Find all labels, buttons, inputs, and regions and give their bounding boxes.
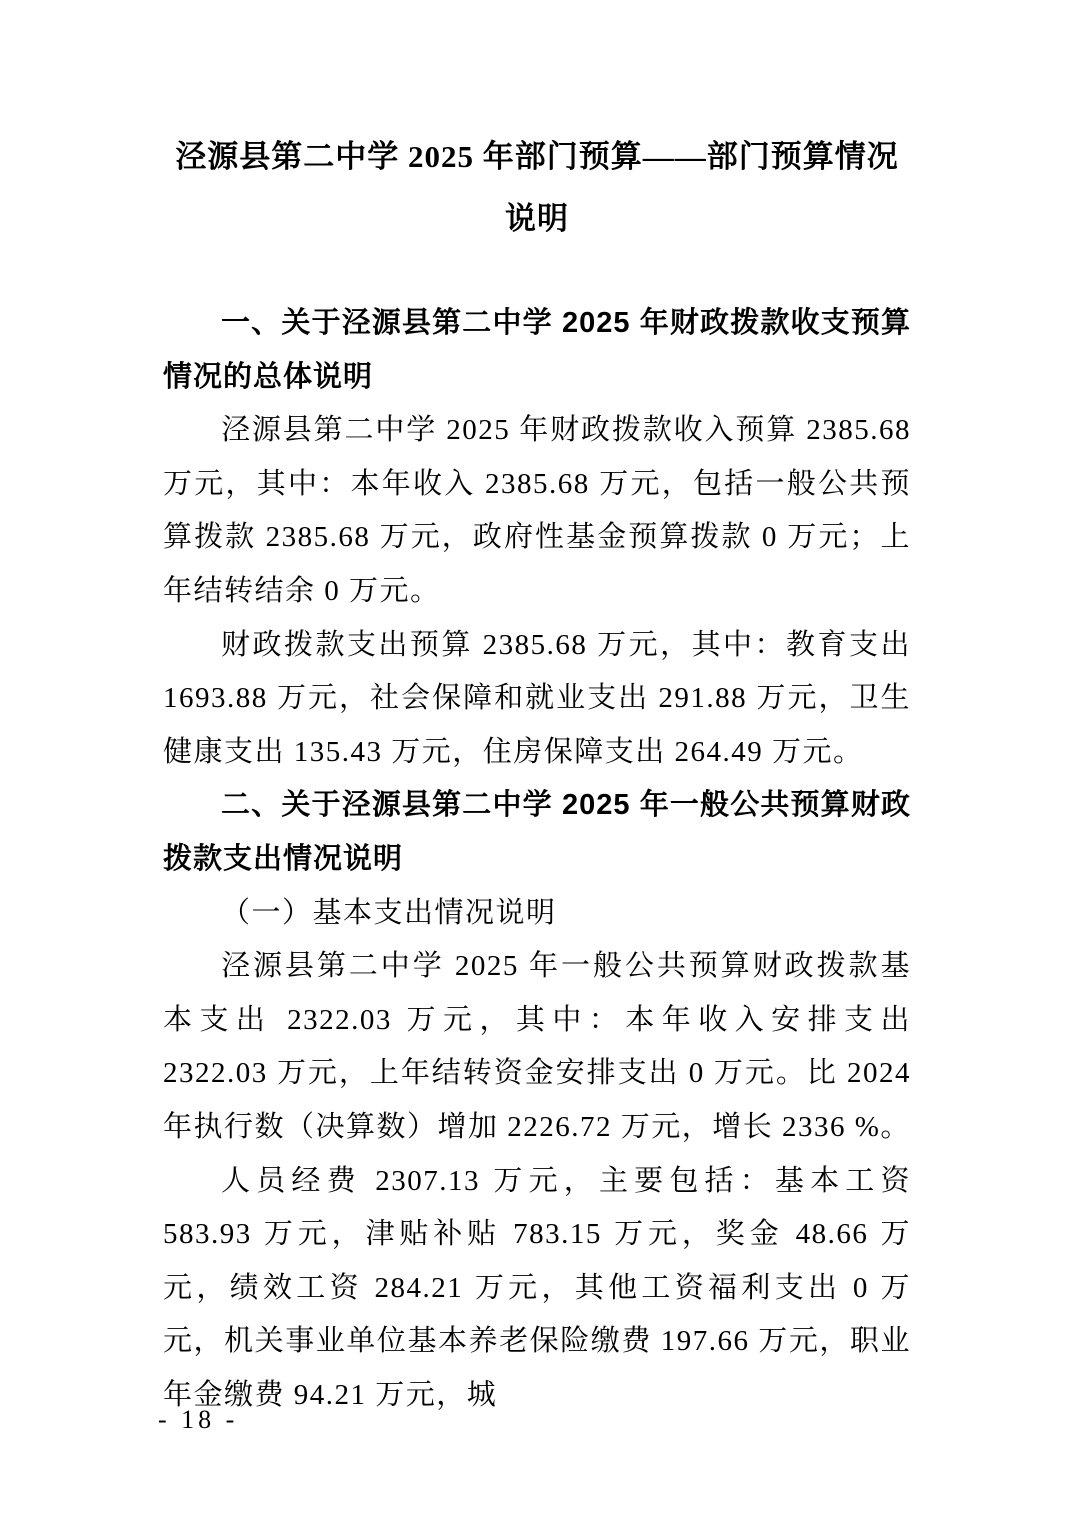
document-title-line-1: 泾源县第二中学 2025 年部门预算——部门预算情况 bbox=[163, 126, 911, 188]
sub-heading-basic-expenditure: （一）基本支出情况说明 bbox=[163, 887, 911, 941]
paragraph-fiscal-expenditure: 财政拨款支出预算 2385.68 万元，其中：教育支出 1693.88 万元，社… bbox=[163, 619, 911, 780]
page-number: - 18 - bbox=[158, 1405, 238, 1435]
document-title-line-2: 说明 bbox=[163, 188, 911, 250]
paragraph-fiscal-income: 泾源县第二中学 2025 年财政拨款收入预算 2385.68 万元，其中：本年收… bbox=[163, 404, 911, 618]
document-body: 一、关于泾源县第二中学 2025 年财政拨款收支预算情况的总体说明 泾源县第二中… bbox=[163, 297, 911, 1422]
section-heading-1: 一、关于泾源县第二中学 2025 年财政拨款收支预算情况的总体说明 bbox=[163, 297, 911, 404]
paragraph-basic-expenditure: 泾源县第二中学 2025 年一般公共预算财政拨款基本支出 2322.03 万元，… bbox=[163, 940, 911, 1154]
paragraph-personnel-expenses: 人员经费 2307.13 万元，主要包括：基本工资 583.93 万元，津贴补贴… bbox=[163, 1155, 911, 1423]
section-heading-2: 二、关于泾源县第二中学 2025 年一般公共预算财政拨款支出情况说明 bbox=[163, 779, 911, 886]
page-content: 泾源县第二中学 2025 年部门预算——部门预算情况 说明 一、关于泾源县第二中… bbox=[163, 0, 911, 1422]
document-title: 泾源县第二中学 2025 年部门预算——部门预算情况 说明 bbox=[163, 0, 911, 250]
document-page: 泾源县第二中学 2025 年部门预算——部门预算情况 说明 一、关于泾源县第二中… bbox=[0, 0, 1074, 1520]
